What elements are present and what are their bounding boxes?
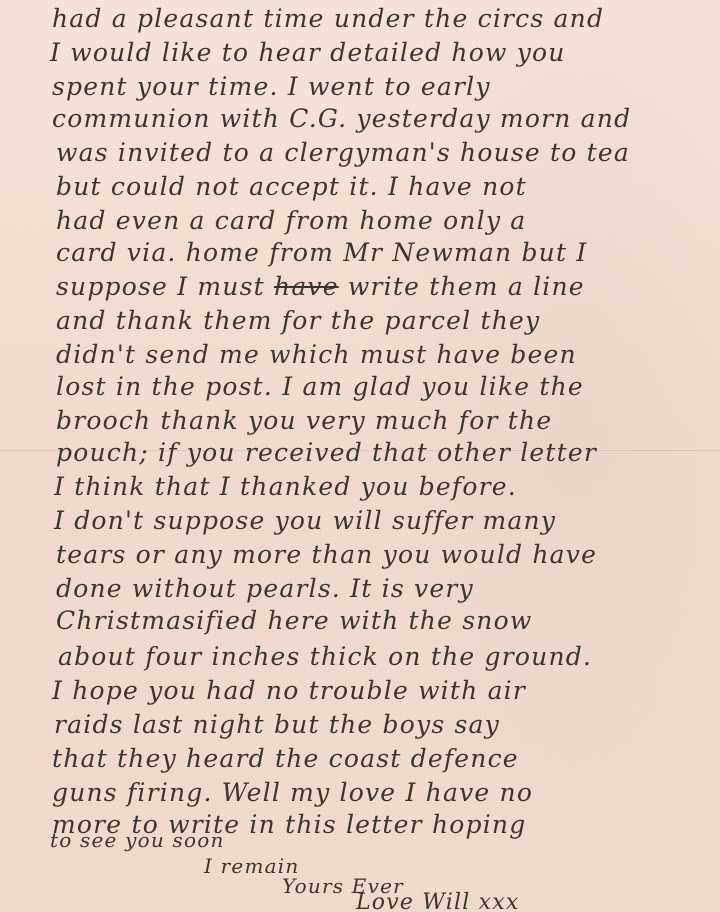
letter-line: I hope you had no trouble with air <box>52 678 526 703</box>
closing-remain: I remain <box>204 856 299 876</box>
letter-line: Christmasified here with the snow <box>56 608 532 633</box>
letter-line: had even a card from home only a <box>56 208 526 233</box>
signature: Love Will xxx <box>356 892 519 912</box>
letter-line: communion with C.G. yesterday morn and <box>52 106 631 131</box>
letter-line: brooch thank you very much for the <box>56 408 552 433</box>
letter-line: I would like to hear detailed how you <box>50 40 566 65</box>
letter-line: pouch; if you received that other letter <box>56 440 597 465</box>
letter-line: to see you soon <box>50 830 225 850</box>
letter-line: didn't send me which must have been <box>56 342 577 367</box>
letter-line: was invited to a clergyman's house to te… <box>56 140 630 165</box>
letter-line: guns firing. Well my love I have no <box>52 780 533 805</box>
line-prefix: suppose I must <box>56 272 274 301</box>
letter-line: that they heard the coast defence <box>52 746 519 771</box>
letter-line: I think that I thanked you before. <box>54 474 517 499</box>
letter-line: about four inches thick on the ground. <box>58 644 592 669</box>
letter-line: lost in the post. I am glad you like the <box>56 374 584 399</box>
letter-line: spent your time. I went to early <box>52 74 491 99</box>
letter-line: I don't suppose you will suffer many <box>54 508 556 533</box>
letter-line: but could not accept it. I have not <box>56 174 527 199</box>
letter-line: done without pearls. It is very <box>56 576 474 601</box>
letter-line: card via. home from Mr Newman but I <box>56 240 587 265</box>
line-suffix: write them a line <box>339 272 585 301</box>
letter-line: suppose I must have write them a line <box>56 274 585 299</box>
letter-line: raids last night but the boys say <box>54 712 500 737</box>
letter-line: tears or any more than you would have <box>56 542 597 567</box>
letter-line: had a pleasant time under the circs and <box>52 6 604 31</box>
struck-out-word: have <box>274 272 339 301</box>
letter-line: and thank them for the parcel they <box>56 308 540 333</box>
